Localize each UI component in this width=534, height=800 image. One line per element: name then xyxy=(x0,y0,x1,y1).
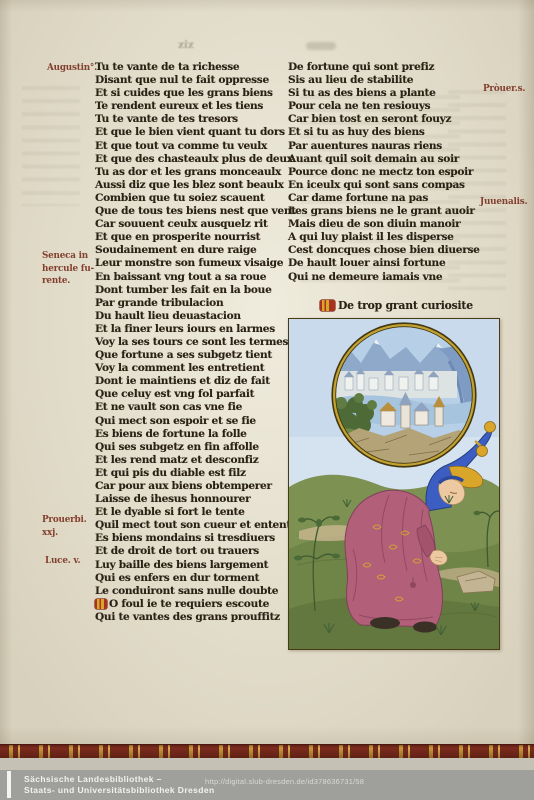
verse-line: Et que des chasteaulx plus de deux xyxy=(95,153,295,166)
caption-footer-bar: Sächsische Landesbibliothek – Staats- un… xyxy=(0,770,534,800)
verse-line: De hault louer ainsi fortune xyxy=(288,257,488,270)
verse-line: Tu te vante de tes tresors xyxy=(95,113,295,126)
verse-line: A qui luy plaist il les disperse xyxy=(288,231,488,244)
verse-line: Cest doncques chose bien diuerse xyxy=(288,244,488,257)
margin-note-proverbs: Prouerbi. xxj. xyxy=(42,514,87,539)
verse-line: Qui ses subgetz en fin affolle xyxy=(95,441,295,454)
verse-line: Que celuy est vng fol parfait xyxy=(95,388,295,401)
verse-line: Soudainement en dure raige xyxy=(95,244,295,257)
verse-line: Auant quil soit demain au soir xyxy=(288,153,488,166)
verse-line: En iceulx qui sont sans compas xyxy=(288,179,488,192)
verse-line: Aussi diz que les blez sont beaulx xyxy=(95,179,295,192)
fool-with-globe-scene xyxy=(289,319,499,649)
verse-line: Car souuent ceulx ausquelz rit xyxy=(95,218,295,231)
verse-line: Du hault lieu deuastacion xyxy=(95,310,295,323)
margin-note-proverbs-right: Pròuer.s. xyxy=(483,83,525,96)
verse-line: Et de droit de tort ou trauers xyxy=(95,545,295,558)
verse-line: Qui te vantes des grans prouffitz xyxy=(95,611,295,624)
verse-line: Car bien tost en seront fouyz xyxy=(288,113,488,126)
verse-line: Sis au lieu de stabilite xyxy=(288,74,488,87)
table-surface xyxy=(0,758,534,770)
margin-note-seneca: Seneca in hercule fu- rente. xyxy=(42,250,94,288)
verse-line: Combien que tu soiez scauent xyxy=(95,192,295,205)
verse-line: Par auentures nauras riens xyxy=(288,140,488,153)
verse-line-group: Tu te vante de ta richesseDisant que nul… xyxy=(95,61,295,598)
bleedthrough-smudge xyxy=(306,42,336,50)
gold-pilcrow-ornament xyxy=(95,599,107,609)
gilded-fore-edge xyxy=(0,744,534,759)
verse-line: Quil mect tout son cueur et entente xyxy=(95,519,295,532)
margin-note-line: Prouerbi. xyxy=(42,514,87,527)
verse-line: Et que le bien vient quant tu dors xyxy=(95,126,295,139)
verse-line: Pour cela ne ten resiouys xyxy=(288,100,488,113)
source-url: http://digital.slub-dresden.de/id3786367… xyxy=(205,777,364,786)
verse-line: Tu te vante de ta richesse xyxy=(95,61,295,74)
verse-line: Car pour aux biens obtemperer xyxy=(95,480,295,493)
verse-line: Que de tous tes biens nest que vent xyxy=(95,205,295,218)
verse-line: Qui es enfers en dur torment xyxy=(95,572,295,585)
verse-line: Et les rend matz et desconfiz xyxy=(95,454,295,467)
verse-line: Et ne vault son cas vne fie xyxy=(95,401,295,414)
verse-line: Te rendent eureux et les tiens xyxy=(95,100,295,113)
verse-line: Et le dyable si fort le tente xyxy=(95,506,295,519)
bleedthrough-folio-number: xix xyxy=(178,40,194,51)
verse-line: Par grande tribulacion xyxy=(95,297,295,310)
verse-line: Dont ie maintiens et diz de fait xyxy=(95,375,295,388)
verse-line: De fortune qui sont prefiz xyxy=(288,61,488,74)
verse-line: Et que en prosperite nourrist xyxy=(95,231,295,244)
verse-line: Les grans biens ne le grant auoir xyxy=(288,205,488,218)
verse-line: Qui mect son espoir et se fie xyxy=(95,415,295,428)
verse-line: Et que tout va comme tu veulx xyxy=(95,140,295,153)
verse-line: Car dame fortune na pas xyxy=(288,192,488,205)
verse-column-right: De fortune qui sont prefizSis au lieu de… xyxy=(288,61,488,284)
margin-note-augustinus: Augustin°. xyxy=(47,62,97,75)
bleedthrough-text-left-margin xyxy=(22,86,80,206)
library-name-line2: Staats- und Universitätsbibliothek Dresd… xyxy=(24,785,215,796)
red-gold-pilcrow-ornament xyxy=(320,300,335,311)
chapter-rubric: De trop grant curiosite xyxy=(320,299,473,312)
verse-line-with-initial: O foul ie te requiers escoute xyxy=(95,598,295,611)
verse-line: En baissant vng tout a sa roue xyxy=(95,271,295,284)
parchment-page: xix Tu te vante de ta richesseDisant que… xyxy=(0,0,534,744)
rubric-heading: De trop grant curiosite xyxy=(338,299,473,312)
margin-note-luke: Luce. v. xyxy=(45,555,80,568)
verse-line: Voy la ses tours ce sont les termes xyxy=(95,336,295,349)
margin-note-line: hercule fu- xyxy=(42,263,94,276)
library-name: Sächsische Landesbibliothek – Staats- un… xyxy=(24,774,215,795)
verse-line: Pource donc ne mectz ton espoir xyxy=(288,166,488,179)
margin-note-line: rente. xyxy=(42,275,94,288)
verse-line: Et qui pis du diable est filz xyxy=(95,467,295,480)
verse-line: O foul ie te requiers escoute xyxy=(109,598,269,611)
verse-line: Mais dieu de son diuin manoir xyxy=(288,218,488,231)
verse-line: Qui ne demeure iamais vne xyxy=(288,271,488,284)
verse-line: Leur monstre son fumeux visaige xyxy=(95,257,295,270)
verse-line: Tu as dor et les grans monceaulx xyxy=(95,166,295,179)
margin-note-line: xxj. xyxy=(42,527,87,540)
verse-line: Et la finer leurs iours en larmes xyxy=(95,323,295,336)
verse-line: Disant que nul te fait oppresse xyxy=(95,74,295,87)
verse-line: Le conduiront sans nulle doubte xyxy=(95,585,295,598)
verse-line: Voy la comment les entretient xyxy=(95,362,295,375)
verse-line: Dont tumber les fait en la boue xyxy=(95,284,295,297)
footer-left-marker xyxy=(7,771,11,798)
verse-line: Laisse de ihesus honnourer xyxy=(95,493,295,506)
verse-line: Es biens mondains si tresdiuers xyxy=(95,532,295,545)
verse-line: Es biens de fortune la folle xyxy=(95,428,295,441)
verse-line: Luy baille des biens largement xyxy=(95,559,295,572)
verse-line: Et si tu as huy des biens xyxy=(288,126,488,139)
verse-line: Et si cuides que les grans biens xyxy=(95,87,295,100)
margin-note-juvenal: Juuenalis. xyxy=(480,196,527,209)
verse-line: Si tu as des biens a plante xyxy=(288,87,488,100)
verse-line: Que fortune a ses subgetz tient xyxy=(95,349,295,362)
margin-note-line: Seneca in xyxy=(42,250,94,263)
library-name-line1: Sächsische Landesbibliothek – xyxy=(24,774,215,785)
verse-line-group: De fortune qui sont prefizSis au lieu de… xyxy=(288,61,488,284)
verse-column-left: Tu te vante de ta richesseDisant que nul… xyxy=(95,61,295,624)
miniature-illustration xyxy=(288,318,500,650)
